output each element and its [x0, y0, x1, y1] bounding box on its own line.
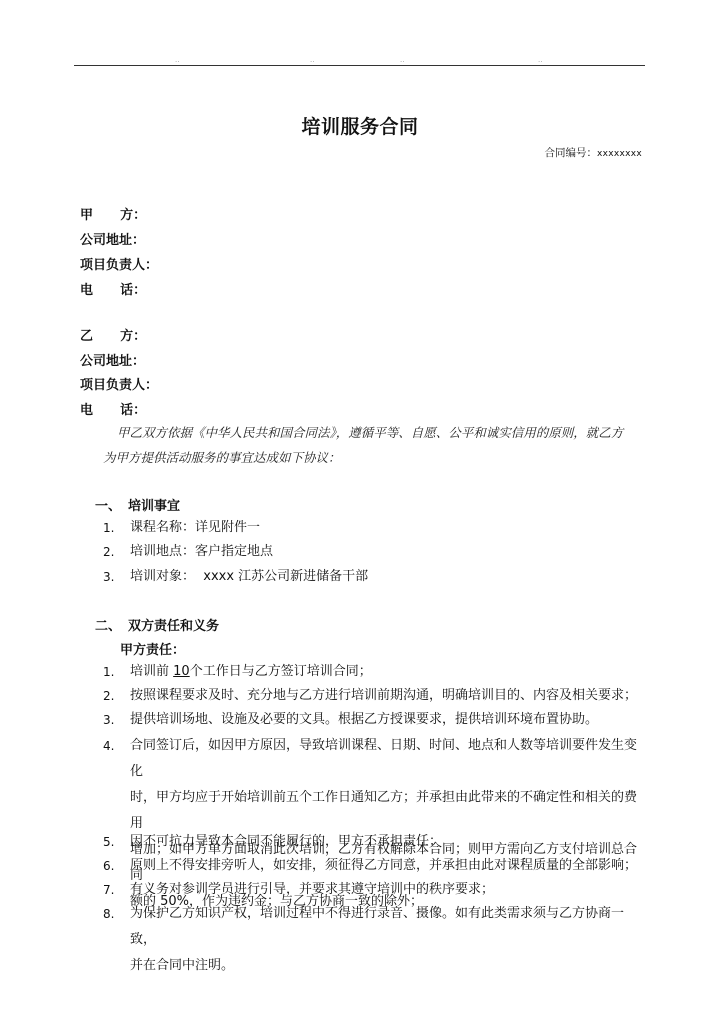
text-segment: 个工作日与乙方签订培训合同； — [190, 664, 372, 679]
list-item-number: 8. — [103, 901, 129, 927]
list-item-line: 合同签订后，如因甲方原因，导致培训课程、日期、时间、地点和人数等培训要件发生变化 — [130, 733, 648, 785]
underlined-days: 10 — [173, 664, 190, 679]
section-1-heading: 一、培训事宜 — [95, 495, 180, 514]
list-item: 1. 培训前 10个工作日与乙方签订培训合同； — [103, 659, 648, 685]
list-item-line: 为保护乙方知识产权，培训过程中不得进行录音、摄像。如有此类需求须与乙方协商一致， — [130, 901, 648, 953]
list-item-text: 有义务对参训学员进行引导，并要求其遵守培训中的秩序要求； — [130, 877, 648, 903]
list-item-text: 提供培训场地、设施及必要的文具。根据乙方授课要求，提供培训环境布置协助。 — [130, 707, 648, 733]
list-item-text: 原则上不得安排旁听人，如安排，须征得乙方同意，并承担由此对课程质量的全部影响； — [130, 853, 648, 879]
list-item: 8. 为保护乙方知识产权，培训过程中不得进行录音、摄像。如有此类需求须与乙方协商… — [103, 901, 648, 979]
list-item: 2. 按照课程要求及时、充分地与乙方进行培训前期沟通，明确培训目的、内容及相关要… — [103, 683, 648, 709]
list-item-text: 培训对象： xxxx 江苏公司新进储备干部 — [130, 564, 648, 590]
list-item-number: 6. — [103, 853, 129, 879]
list-item-number: 5. — [103, 829, 129, 855]
list-item-line: 并在合同中注明。 — [130, 953, 648, 979]
list-item: 5. 因不可抗力导致本合同不能履行的，甲方不承担责任； — [103, 829, 648, 855]
list-item-text: 培训前 10个工作日与乙方签订培训合同； — [130, 659, 648, 685]
list-item: 7. 有义务对参训学员进行引导，并要求其遵守培训中的秩序要求； — [103, 877, 648, 903]
list-item-number: 4. — [103, 733, 129, 759]
header-mark: .. — [538, 56, 542, 64]
list-item-number: 3. — [103, 564, 129, 590]
party-b-address-label: 公司地址： — [80, 350, 145, 369]
list-item: 6. 原则上不得安排旁听人，如安排，须征得乙方同意，并承担由此对课程质量的全部影… — [103, 853, 648, 879]
list-item-number: 7. — [103, 877, 129, 903]
list-item-text: 培训地点：客户指定地点 — [130, 539, 648, 565]
party-a-address-label: 公司地址： — [80, 229, 145, 248]
party-b-contact-label: 项目负责人： — [80, 374, 158, 393]
list-item-number: 3. — [103, 707, 129, 733]
list-item-text: 按照课程要求及时、充分地与乙方进行培训前期沟通，明确培训目的、内容及相关要求； — [130, 683, 648, 709]
list-item-number: 2. — [103, 683, 129, 709]
party-a-duties-heading: 甲方责任： — [120, 639, 185, 658]
header-rule — [74, 65, 645, 66]
list-item: 3. 提供培训场地、设施及必要的文具。根据乙方授课要求，提供培训环境布置协助。 — [103, 707, 648, 733]
intro-line-2: 为甲方提供活动服务的事宜达成如下协议： — [103, 450, 341, 465]
section-2-heading: 二、双方责任和义务 — [95, 615, 219, 634]
party-a-name-label: 甲 方： — [80, 204, 146, 223]
list-item-number: 1. — [103, 515, 129, 541]
section-1-title: 培训事宜 — [128, 499, 180, 514]
list-item: 1. 课程名称：详见附件一 — [103, 515, 648, 541]
section-2-title: 双方责任和义务 — [128, 619, 219, 634]
list-item-text: 因不可抗力导致本合同不能履行的，甲方不承担责任； — [130, 829, 648, 855]
header-mark: .. — [175, 56, 179, 64]
list-item-number: 1. — [103, 659, 129, 685]
contract-number: 合同编号：xxxxxxxx — [544, 145, 642, 160]
document-title: 培训服务合同 — [0, 112, 720, 139]
list-item: 2. 培训地点：客户指定地点 — [103, 539, 648, 565]
header-mark: .. — [310, 56, 314, 64]
contract-number-value: xxxxxxxx — [597, 149, 642, 159]
text-segment: 培训前 — [130, 664, 173, 679]
list-item: 3. 培训对象： xxxx 江苏公司新进储备干部 — [103, 564, 648, 590]
header-mark: .. — [400, 56, 404, 64]
intro-line-1: 甲乙双方依据《中华人民共和国合同法》，遵循平等、自愿、公平和诚实信用的原则，就乙… — [103, 420, 648, 445]
list-item-text: 课程名称：详见附件一 — [130, 515, 648, 541]
intro-paragraph: 甲乙双方依据《中华人民共和国合同法》，遵循平等、自愿、公平和诚实信用的原则，就乙… — [103, 420, 648, 470]
contract-number-label: 合同编号： — [544, 147, 597, 159]
list-item-number: 2. — [103, 539, 129, 565]
party-a-phone-label: 电 话： — [80, 279, 146, 298]
party-a-contact-label: 项目负责人： — [80, 254, 158, 273]
section-2-number: 二、 — [95, 615, 128, 634]
party-b-name-label: 乙 方： — [80, 325, 146, 344]
section-1-number: 一、 — [95, 495, 128, 514]
party-b-phone-label: 电 话： — [80, 399, 146, 418]
